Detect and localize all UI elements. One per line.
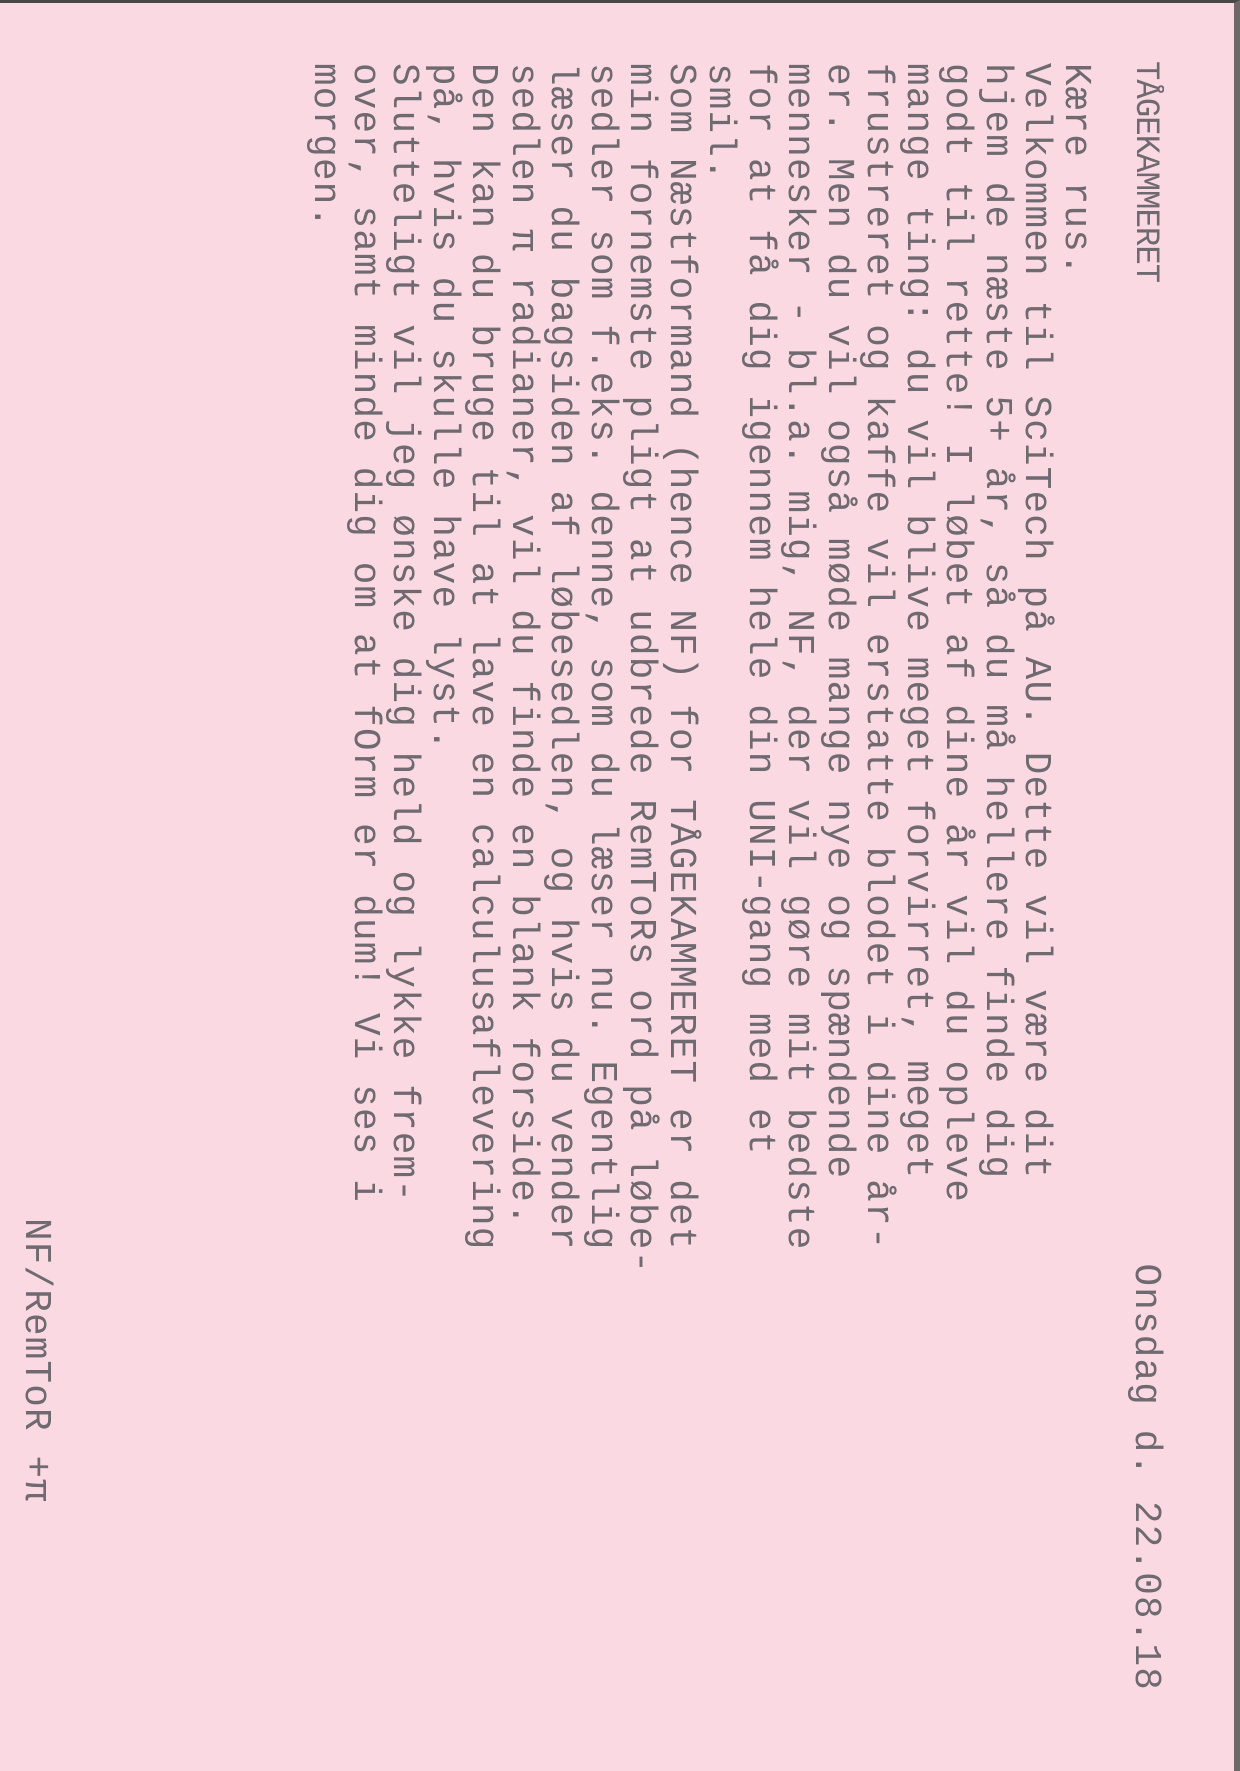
text-line: Velkommen til SciTech på AU. Dette vil v… <box>1015 63 1055 1723</box>
text-line: Som Næstformand (hence NF) for TÅGEKAMME… <box>660 63 700 1723</box>
text-line: godt til rette! I løbet af dine år vil d… <box>936 63 976 1723</box>
text-line: på, hvis du skulle have lyst. <box>423 63 463 1723</box>
letter-header: TÅGEKAMMERET Onsdag d. 22.08.18 <box>1125 61 1165 1701</box>
text-line: morgen. <box>304 63 344 1723</box>
paragraph-2: Som Næstformand (hence NF) for TÅGEKAMME… <box>304 63 699 1723</box>
text-line: hjem de næste 5+ år, så du må hellere fi… <box>976 63 1016 1723</box>
text-line: smil. <box>699 63 739 1723</box>
greeting: Kære rus. <box>1055 63 1095 1723</box>
text-line: over, samt minde dig om at fOrm er dum! … <box>344 63 384 1723</box>
letter-body: Kære rus. Velkommen til SciTech på AU. D… <box>304 63 1094 1723</box>
letter-page: TÅGEKAMMERET Onsdag d. 22.08.18 Kære rus… <box>0 0 1240 1771</box>
rotated-letter-sheet: TÅGEKAMMERET Onsdag d. 22.08.18 Kære rus… <box>0 3 1234 1771</box>
text-line: sedler som f.eks. denne, som du læser nu… <box>581 63 621 1723</box>
text-line: Slutteligt vil jeg ønske dig held og lyk… <box>383 63 423 1723</box>
text-line: sedlen π radianer, vil du finde en blank… <box>502 63 542 1723</box>
text-line: for at få dig igennem hele din UNI-gang … <box>739 63 779 1723</box>
text-line: min fornemste pligt at udbrede RemToRs o… <box>620 63 660 1723</box>
letter-date: Onsdag d. 22.08.18 <box>1125 1263 1165 1691</box>
letter-title: TÅGEKAMMERET <box>1125 61 1165 282</box>
signature: NF/RemToR +π <box>15 1218 55 1503</box>
text-line: frustreret og kaffe vil erstatte blodet … <box>857 63 897 1723</box>
text-line: læser du bagsiden af løbesedlen, og hvis… <box>541 63 581 1723</box>
text-line: mange ting: du vil blive meget forvirret… <box>897 63 937 1723</box>
text-line: er. Men du vil også møde mange nye og sp… <box>818 63 858 1723</box>
text-line: Den kan du bruge til at lave en calculus… <box>462 63 502 1723</box>
paragraph-1: Velkommen til SciTech på AU. Dette vil v… <box>699 63 1055 1723</box>
text-line: mennesker - bl.a. mig, NF, der vil gøre … <box>778 63 818 1723</box>
